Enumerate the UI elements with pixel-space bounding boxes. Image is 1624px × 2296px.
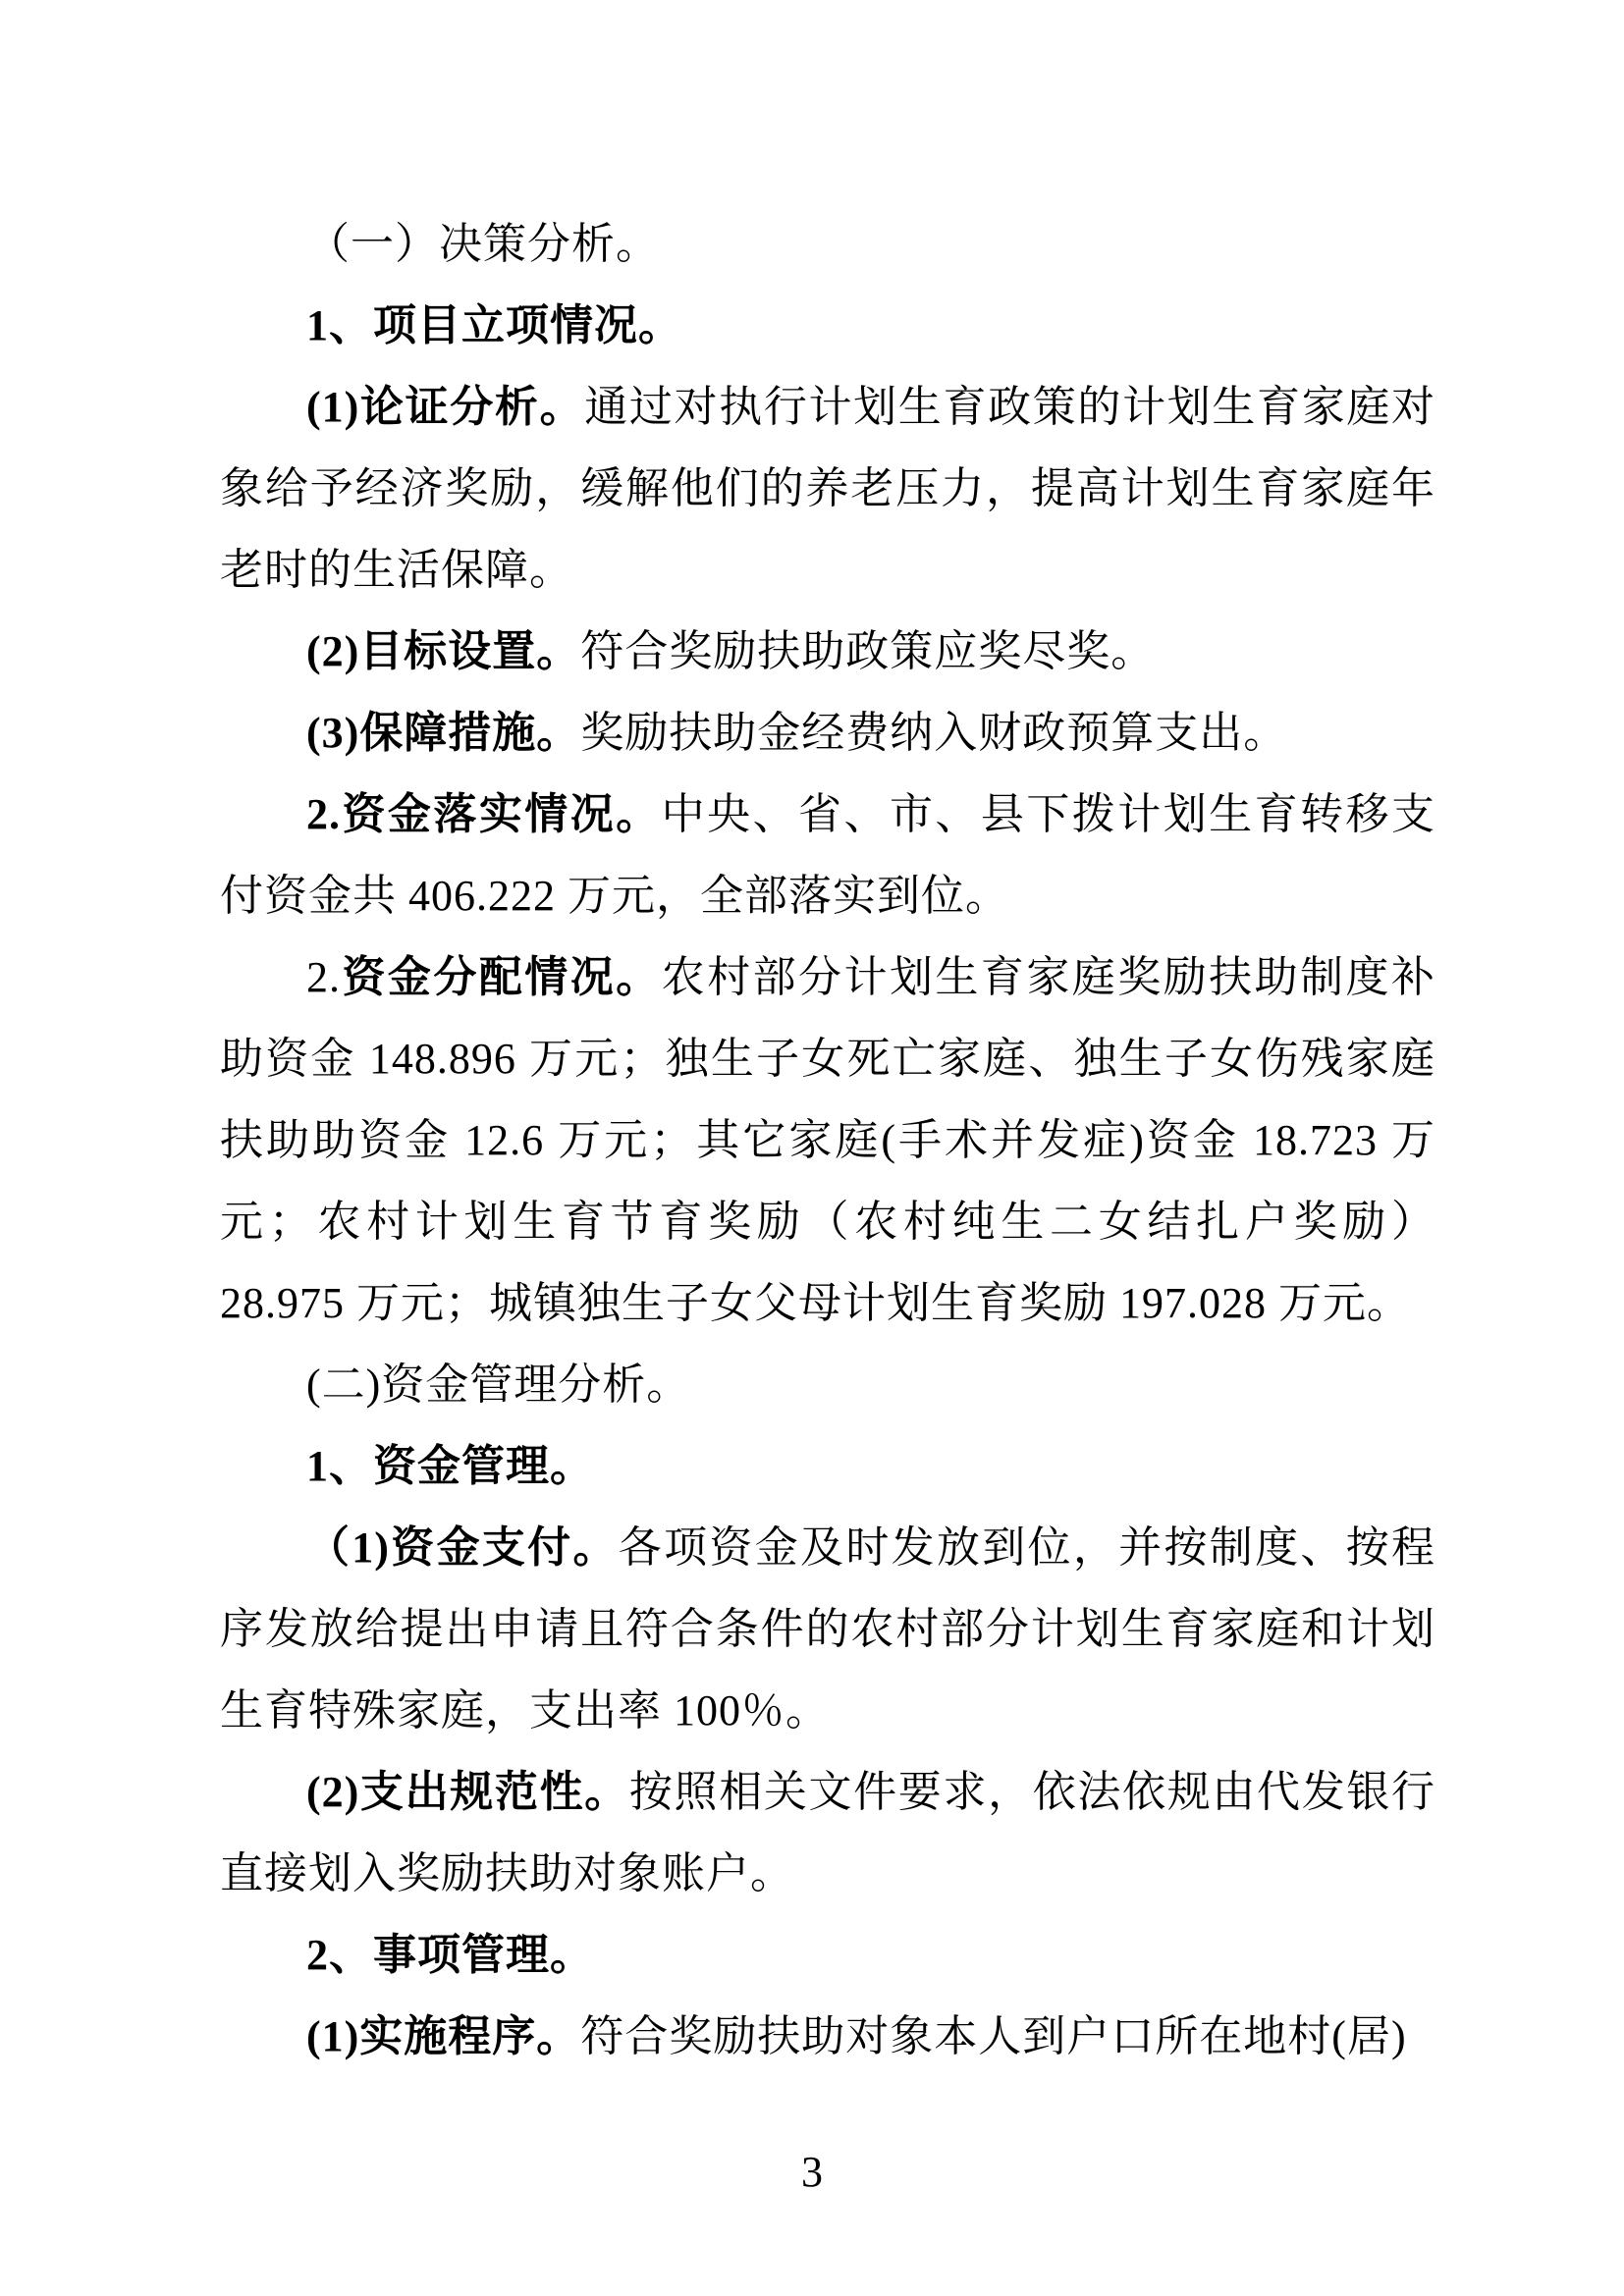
document-body: （一）决策分析。1、项目立项情况。(1)论证分析。通过对执行计划生育政策的计划生… [220,203,1435,2077]
paragraph-text-segment: 奖励扶助金经费纳入财政预算支出。 [580,709,1287,757]
paragraph-text-segment: 符合奖励扶助政策应奖尽奖。 [580,627,1155,675]
paragraph: 2.资金分配情况。农村部分计划生育家庭奖励扶助制度补助资金 148.896 万元… [220,936,1435,1344]
paragraph: 2.资金落实情况。中央、省、市、县下拨计划生育转移支付资金共 406.222 万… [220,774,1435,936]
paragraph: (1)实施程序。符合奖励扶助对象本人到户口所在地村(居) [220,1996,1435,2077]
paragraph: 1、项目立项情况。 [220,285,1435,366]
paragraph-text-segment: 符合奖励扶助对象本人到户口所在地村(居) [580,2012,1406,2060]
paragraph-heading-segment: (1)实施程序。 [306,2012,580,2060]
paragraph-heading-segment: 2.资金落实情况。 [306,790,662,838]
paragraph-heading-segment: (2)支出规范性。 [306,1768,629,1816]
paragraph-heading-segment: (2)目标设置。 [306,627,580,675]
paragraph-heading-segment: 1、项目立项情况。 [306,301,682,349]
paragraph-heading-segment: (1)论证分析。 [306,383,584,431]
paragraph: (1)论证分析。通过对执行计划生育政策的计划生育家庭对象给予经济奖励，缓解他们的… [220,366,1435,611]
paragraph: (2)目标设置。符合奖励扶助政策应奖尽奖。 [220,611,1435,692]
paragraph-heading-segment: 2、事项管理。 [306,1931,594,1979]
paragraph-text-segment: 农村部分计划生育家庭奖励扶助制度补助资金 148.896 万元；独生子女死亡家庭… [220,953,1435,1327]
paragraph-text-segment: 2. [306,953,341,1001]
paragraph-text-segment: （一）决策分析。 [306,220,660,268]
paragraph-heading-segment: （1)资金支付。 [306,1523,619,1572]
paragraph: (二)资金管理分析。 [220,1344,1435,1425]
paragraph: 1、资金管理。 [220,1425,1435,1507]
paragraph: (2)支出规范性。按照相关文件要求，依法依规由代发银行直接划入奖励扶助对象账户。 [220,1751,1435,1914]
paragraph: （一）决策分析。 [220,203,1435,285]
document-page: （一）决策分析。1、项目立项情况。(1)论证分析。通过对执行计划生育政策的计划生… [0,0,1624,2296]
paragraph-text-segment: (二)资金管理分析。 [306,1361,690,1409]
paragraph-heading-segment: 1、资金管理。 [306,1442,594,1490]
paragraph-heading-segment: 资金分配情况。 [341,953,662,1001]
paragraph: （1)资金支付。各项资金及时发放到位，并按制度、按程序发放给提出申请且符合条件的… [220,1507,1435,1751]
paragraph-heading-segment: (3)保障措施。 [306,709,580,757]
page-number: 3 [0,2131,1624,2213]
paragraph: 2、事项管理。 [220,1914,1435,1996]
paragraph: (3)保障措施。奖励扶助金经费纳入财政预算支出。 [220,692,1435,774]
